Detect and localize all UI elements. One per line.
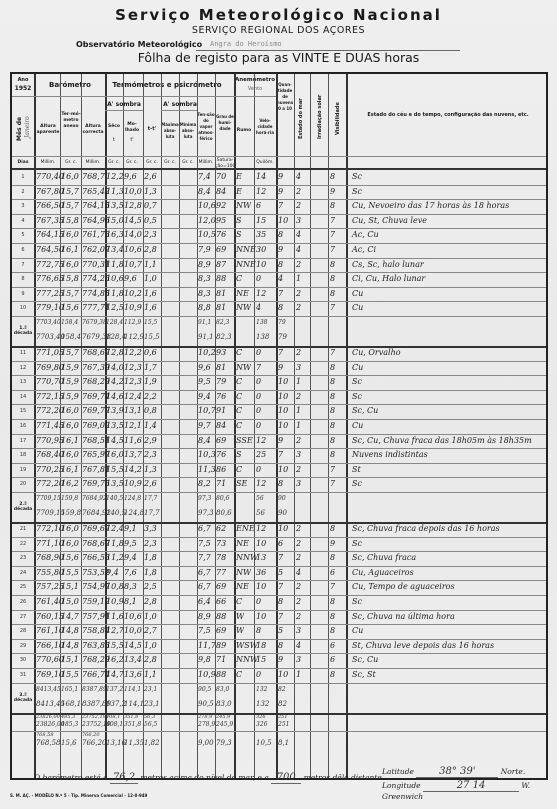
cell-mar: 2	[296, 539, 301, 548]
mean-sum-1: 766,20	[82, 732, 100, 738]
cell-vis: 8	[330, 436, 335, 445]
cell-vis: 8	[330, 377, 335, 386]
remark-text: Ci, Cu, Halo lunar	[352, 274, 425, 283]
cell-vel: 0	[256, 348, 261, 357]
cell-term: 15,7	[61, 201, 79, 210]
cell-mar: 2	[296, 465, 301, 474]
cell-rumo: C	[236, 670, 242, 679]
wet-header: Mo-lhado	[123, 122, 141, 134]
cell-rumo: E	[236, 172, 242, 181]
day-number: 15	[12, 408, 34, 414]
decade-sum-1: 90	[278, 495, 286, 502]
day-number: 25	[12, 584, 34, 590]
cell-mar: 4	[296, 230, 301, 239]
column-divider	[294, 74, 295, 778]
day-number: 22	[12, 541, 34, 547]
sheet-title: Fôlha de registo para as VINTE E DUAS ho…	[0, 50, 557, 65]
cell-seco: 13,9	[106, 406, 124, 415]
cell-seco: 16,3	[106, 230, 124, 239]
cell-molh: 12,1	[124, 421, 142, 430]
cell-alt-ap: 772,15	[36, 392, 64, 401]
cell-mar: 3	[296, 655, 301, 664]
cell-tensao: 11,7	[198, 641, 216, 650]
cell-vis: 9	[330, 539, 335, 548]
decade-sum-1: 82,3	[216, 319, 229, 326]
cell-mar: 2	[296, 597, 301, 606]
cell-seco: 11,2	[106, 553, 124, 562]
column-divider	[346, 74, 348, 778]
cell-diff: 2,6	[144, 172, 157, 181]
cell-diff: 2,8	[144, 655, 157, 664]
longitude-value: 27 14	[423, 780, 519, 792]
day-number: 14	[12, 394, 34, 400]
cell-diff: 1,0	[144, 641, 157, 650]
cell-alt-ap: 771,05	[36, 348, 64, 357]
form-model-note: S. M. AÇ. - MODÊLO N.º 5 - Tip. Minerva …	[10, 793, 147, 798]
header-bottom	[12, 168, 546, 170]
cell-vel: 18	[256, 641, 266, 650]
cell-vel: 0	[256, 406, 261, 415]
cell-rumo: ENE	[236, 524, 255, 533]
cell-term: 15,7	[61, 289, 79, 298]
cell-tensao: 7,5	[198, 626, 211, 635]
cell-rumo: NE	[236, 289, 249, 298]
cell-alt-ap: 764,15	[36, 230, 64, 239]
cell-diff: 2,8	[144, 245, 157, 254]
row-divider	[12, 243, 546, 244]
cell-term: 15,5	[61, 568, 79, 577]
cell-mar: 2	[296, 201, 301, 210]
cell-nuv: 5	[278, 568, 283, 577]
day-number: 1	[12, 174, 34, 180]
cell-molh: 8,1	[124, 597, 137, 606]
cell-molh: 12,3	[124, 363, 142, 372]
cell-term: 15,7	[61, 348, 79, 357]
cell-nuv: 4	[278, 274, 283, 283]
decade-sum-1: 56	[256, 495, 264, 502]
cell-molh: 14,5	[124, 641, 142, 650]
cell-term: 16,0	[61, 539, 79, 548]
cell-tensao: 8,4	[198, 436, 211, 445]
cell-alt-ap: 769,80	[36, 363, 64, 372]
solar-radiation-header: Irradiação solar	[317, 80, 323, 154]
cell-seco: 14,5	[106, 436, 124, 445]
cell-diff: 1,8	[144, 553, 157, 562]
cell-mar: 2	[296, 582, 301, 591]
cell-rumo: C	[236, 392, 242, 401]
cell-hum: 71	[216, 479, 226, 488]
cell-nuv: 8	[278, 303, 283, 312]
cell-hum: 73	[216, 539, 226, 548]
cell-molh: 12,4	[124, 392, 142, 401]
cell-diff: 1,6	[144, 303, 157, 312]
cell-rumo: SE	[236, 479, 247, 488]
column-divider	[254, 74, 255, 778]
cell-alt-ap: 770,95	[36, 436, 64, 445]
cell-nuv: 9	[278, 655, 283, 664]
cell-tensao: 8,8	[198, 303, 211, 312]
cell-mar: 2	[296, 524, 301, 533]
row-divider	[12, 492, 546, 493]
cell-vis: 9	[330, 187, 335, 196]
sea-distance: 700	[271, 772, 301, 784]
cell-hum: 69	[216, 245, 226, 254]
longitude-line: Longitude 27 14 W. Greenwich	[382, 780, 557, 801]
cell-diff: 2,7	[144, 626, 157, 635]
cell-seco: 10,8	[106, 582, 124, 591]
longitude-label: Longitude	[382, 781, 421, 790]
cell-nuv: 9	[278, 187, 283, 196]
cell-hum: 81	[216, 363, 226, 372]
cell-alt-ap: 760,15	[36, 612, 64, 621]
day-number: 23	[12, 555, 34, 561]
cell-term: 15,1	[61, 655, 79, 664]
max-header: Máxima abso-luta	[161, 122, 179, 140]
remark-text: Cu, Aguaceiros	[352, 568, 414, 577]
decade-sum-1: 132	[256, 686, 267, 693]
cell-alt-ap: 771,10	[36, 539, 64, 548]
remark-text: Sc, Cu	[352, 655, 378, 664]
cell-tensao: 8,3	[198, 274, 211, 283]
cell-vis: 7	[330, 230, 335, 239]
cell-vel: 0	[256, 392, 261, 401]
cell-term: 16,0	[61, 260, 79, 269]
cell-vis: 7	[330, 216, 335, 225]
remark-text: Sc, Chuva na última hora	[352, 612, 455, 621]
cell-vis: 8	[330, 626, 335, 635]
cell-seco: 13,5	[106, 201, 124, 210]
remark-text: Sc	[352, 377, 362, 386]
cell-vis: 8	[330, 406, 335, 415]
row-divider	[12, 301, 546, 302]
cell-tensao: 12,0	[198, 216, 216, 225]
cell-hum: 77	[216, 568, 226, 577]
cell-vel: 7	[256, 363, 261, 372]
cell-mar: 4	[296, 641, 301, 650]
cell-seco: 10,9	[106, 597, 124, 606]
cell-nuv: 7	[278, 612, 283, 621]
decade-sum-1: 90,5	[198, 686, 211, 693]
cell-term: 15,9	[61, 392, 79, 401]
cell-molh: 13,6	[124, 670, 142, 679]
cell-seco: 11,8	[106, 289, 124, 298]
cell-nuv: 10	[278, 421, 288, 430]
cell-hum: 84	[216, 421, 226, 430]
decade-label: 1.ª década	[12, 326, 34, 336]
cell-vis: 6	[330, 655, 335, 664]
cell-seco: 15,5	[106, 465, 124, 474]
cell-rumo: S	[236, 216, 241, 225]
decade-sum-1: 137,2	[106, 686, 123, 693]
cell-rumo: SSE	[236, 436, 253, 445]
cell-alt-ap: 772,10	[36, 524, 64, 533]
cell-molh: 12,3	[124, 377, 142, 386]
cell-tensao: 7,9	[198, 245, 211, 254]
total-sum-1: 278,9	[198, 714, 212, 720]
cell-nuv: 5	[278, 626, 283, 635]
decade-sum-2: 124,8	[124, 509, 144, 517]
latitude-label: Latitude	[382, 767, 414, 776]
decade-sum-1: 8387,89	[82, 686, 107, 693]
mean-sum: 9,00	[198, 739, 214, 747]
cell-hum: 76	[216, 392, 226, 401]
cell-term: 15,6	[61, 553, 79, 562]
cell-term: 16,0	[61, 450, 79, 459]
cell-tensao: 10,5	[198, 230, 216, 239]
day-number: 9	[12, 291, 34, 297]
total-sum-2: 485,3	[61, 721, 78, 728]
unit-millim-2: Millim.	[81, 160, 105, 166]
decade-sum-2: 158,4	[61, 333, 81, 341]
unit-gr-2: Gr. c.	[105, 160, 123, 166]
cell-vis: 7	[330, 465, 335, 474]
cell-rumo: C	[236, 348, 242, 357]
cell-molh: 9,4	[124, 553, 137, 562]
cell-diff: 0,8	[144, 406, 157, 415]
cell-hum: 95	[216, 216, 226, 225]
cell-tensao: 7,7	[198, 553, 211, 562]
day-number: 31	[12, 672, 34, 678]
remark-text: Cu, Tempo de aguaceiros	[352, 582, 455, 591]
cell-seco: 12,5	[106, 303, 124, 312]
sky-state-header: Estado do céu e do tempo, configuração d…	[348, 112, 548, 118]
cell-alt-ap: 761,10	[36, 626, 64, 635]
visibility-header: Visibilidade	[335, 84, 341, 154]
remark-text: Ac, Cu	[352, 230, 379, 239]
remark-text: Sc	[352, 392, 362, 401]
cell-vel: 12	[256, 436, 266, 445]
day-number: 10	[12, 305, 34, 311]
remark-text: Cu	[352, 303, 363, 312]
day-number: 18	[12, 452, 34, 458]
cell-term: 16,1	[61, 436, 79, 445]
day-number: 21	[12, 526, 34, 532]
cell-molh: 10,7	[124, 260, 142, 269]
remark-text: Cu, Nevoeiro das 17 horas às 18 horas	[352, 201, 509, 210]
cell-molh: 9,6	[124, 274, 137, 283]
cell-rumo: W	[236, 626, 244, 635]
cell-molh: 13,1	[124, 406, 142, 415]
decade-sum-1: 112,9	[124, 319, 141, 326]
cell-molh: 10,2	[124, 289, 142, 298]
cell-nuv: 9	[278, 436, 283, 445]
cell-mar: 2	[296, 553, 301, 562]
total-sum-2: 408,1	[106, 721, 123, 728]
row-divider	[12, 595, 546, 596]
cell-tensao: 10,6	[198, 201, 216, 210]
mean-sum: 15,6	[61, 739, 77, 747]
decade-sum-2: 82	[278, 700, 287, 708]
decade-sum-2: 114,1	[124, 700, 144, 708]
unit-gr-3: Gr. c.	[123, 160, 141, 166]
cell-tensao: 7,5	[198, 539, 211, 548]
total-sum-1: 485,3	[61, 714, 75, 720]
cell-hum: 86	[216, 465, 226, 474]
decade-sum-1: 23,1	[144, 686, 157, 693]
header-divider	[105, 110, 143, 111]
cell-vis: 8	[330, 553, 335, 562]
cell-mar: 2	[296, 187, 301, 196]
altura-correcta-header: Altura correcta	[81, 124, 105, 136]
latitude-value: 38° 39'	[416, 766, 498, 778]
cell-vel: 0	[256, 597, 261, 606]
decade-sum-1: 79	[278, 319, 286, 326]
mean-sum: 768,58	[36, 739, 61, 747]
barometer-height: 76,2	[110, 772, 138, 784]
day-number: 3	[12, 203, 34, 209]
mean-sum-1: 768,58	[36, 732, 54, 738]
total-sum-2: 245,9	[216, 721, 233, 728]
cell-alt-ap: 768,40	[36, 450, 64, 459]
cell-molh: 10,0	[124, 626, 142, 635]
remark-text: Cu, Orvalho	[352, 348, 401, 357]
cell-seco: 12,2	[106, 172, 124, 181]
cell-term: 16,0	[61, 524, 79, 533]
cell-tensao: 8,3	[198, 289, 211, 298]
column-divider	[161, 74, 162, 778]
cell-vis: 8	[330, 201, 335, 210]
cell-hum: 76	[216, 230, 226, 239]
remark-text: Cu	[352, 363, 363, 372]
total-sum-2: 351,8	[124, 721, 141, 728]
cell-mar: 2	[296, 392, 301, 401]
cell-nuv: 8	[278, 230, 283, 239]
cell-seco: 15,0	[106, 216, 124, 225]
cell-vis: 8	[330, 260, 335, 269]
cell-term: 16,0	[61, 421, 79, 430]
cell-nuv: 8	[278, 479, 283, 488]
cell-vel: 15	[256, 655, 266, 664]
day-number: 8	[12, 276, 34, 282]
cell-mar: 3	[296, 626, 301, 635]
cell-rumo: W	[236, 612, 244, 621]
cell-nuv: 8	[278, 597, 283, 606]
cell-vel: 14	[256, 172, 266, 181]
day-number: 28	[12, 628, 34, 634]
decade-sum-1: 140,5	[106, 495, 123, 502]
decade-sum-1: 128,4	[106, 319, 123, 326]
barometer-text-3: metros dêle distante.	[304, 773, 385, 782]
cell-vel: 0	[256, 377, 261, 386]
day-number: 4	[12, 218, 34, 224]
decade-sum-1: 165,1	[61, 686, 78, 693]
cell-mar: 3	[296, 363, 301, 372]
decade-sum-2: 168,1	[61, 700, 81, 708]
cell-term: 15,8	[61, 274, 79, 283]
column-divider	[310, 74, 311, 778]
cell-molh: 9,1	[124, 524, 137, 533]
cell-vel: 36	[256, 568, 266, 577]
cell-nuv: 10	[278, 670, 288, 679]
cell-vel: 12	[256, 289, 266, 298]
cell-nuv: 10	[278, 406, 288, 415]
cell-term: 15,7	[61, 187, 79, 196]
cell-vel: 0	[256, 465, 261, 474]
min-header: Mínima abso-luta	[179, 122, 197, 140]
cell-alt-ap: 755,80	[36, 568, 64, 577]
days-label: Dias	[12, 160, 34, 166]
row-divider	[12, 477, 546, 478]
decade-sum-2: 138	[256, 333, 269, 341]
cell-tensao: 6,7	[198, 524, 211, 533]
remark-text: Sc	[352, 479, 362, 488]
remark-text: Cs, Sc, halo lunar	[352, 260, 424, 269]
cell-tensao: 7,4	[198, 172, 211, 181]
cell-diff: 1,1	[144, 670, 157, 679]
mean-sum: 79,3	[216, 739, 232, 747]
cell-mar: 3	[296, 216, 301, 225]
cell-mar: 2	[296, 289, 301, 298]
remark-text: Cu	[352, 421, 363, 430]
unit-millim: Millim.	[36, 160, 60, 166]
cell-tensao: 8,9	[198, 612, 211, 621]
decade-sum-2: 112,9	[124, 333, 144, 341]
cell-seco: 11,8	[106, 539, 124, 548]
total-sum-2: 278,9	[198, 721, 215, 728]
diff-header: t-t'	[143, 126, 161, 132]
cell-seco: 13,4	[106, 245, 124, 254]
cell-molh: 11,6	[124, 436, 142, 445]
cell-seco: 14,0	[106, 363, 124, 372]
cell-diff: 1,3	[144, 187, 157, 196]
cell-molh: 10,6	[124, 245, 142, 254]
cell-vis: 7	[330, 582, 335, 591]
cell-rumo: NW	[236, 363, 251, 372]
cell-hum: 88	[216, 670, 226, 679]
cell-hum: 92	[216, 201, 226, 210]
cell-rumo: S	[236, 230, 241, 239]
cell-hum: 79	[216, 377, 226, 386]
decade-sum-1: 7703,40	[36, 319, 61, 326]
cell-term: 15,1	[61, 582, 79, 591]
cell-diff: 1,1	[144, 260, 157, 269]
cell-alt-ap: 764,50	[36, 245, 64, 254]
cell-nuv: 7	[278, 201, 283, 210]
sea-state-header: Estado do mar	[298, 84, 304, 154]
latitude-suffix: Norte.	[501, 767, 526, 776]
row-divider	[12, 316, 546, 317]
remark-text: Sc	[352, 172, 362, 181]
cell-rumo: NNW	[236, 655, 258, 664]
cell-vis: 8	[330, 363, 335, 372]
cell-tensao: 10,2	[198, 348, 216, 357]
cell-alt-ap: 772,20	[36, 479, 64, 488]
cell-seco: 14,2	[106, 377, 124, 386]
cell-mar: 2	[296, 612, 301, 621]
cell-seco: 13,5	[106, 479, 124, 488]
cell-term: 16,1	[61, 465, 79, 474]
day-number: 30	[12, 657, 34, 663]
decade-sum-2: 80,6	[216, 509, 232, 517]
row-divider	[12, 668, 546, 669]
decade-sum-2: 97,3	[198, 509, 214, 517]
decade-sum-1: 80,6	[216, 495, 229, 502]
cell-molh: 10,0	[124, 187, 142, 196]
vapor-header: Ten-são do vapor atmos-férico	[197, 112, 215, 142]
cell-tensao: 11,3	[198, 465, 216, 474]
cell-term: 15,9	[61, 363, 79, 372]
decade-sum-1: 82	[278, 686, 286, 693]
wet-symbol: t'	[123, 137, 141, 143]
cell-diff: 0,7	[144, 201, 157, 210]
cell-alt-ap: 770,40	[36, 172, 64, 181]
cell-hum: 88	[216, 274, 226, 283]
observatory-label: Observatório Meteorológico	[76, 40, 202, 49]
cell-term: 15,6	[61, 303, 79, 312]
cell-term: 15,9	[61, 377, 79, 386]
cell-rumo: NW	[236, 303, 251, 312]
cell-seco: 14,7	[106, 670, 124, 679]
